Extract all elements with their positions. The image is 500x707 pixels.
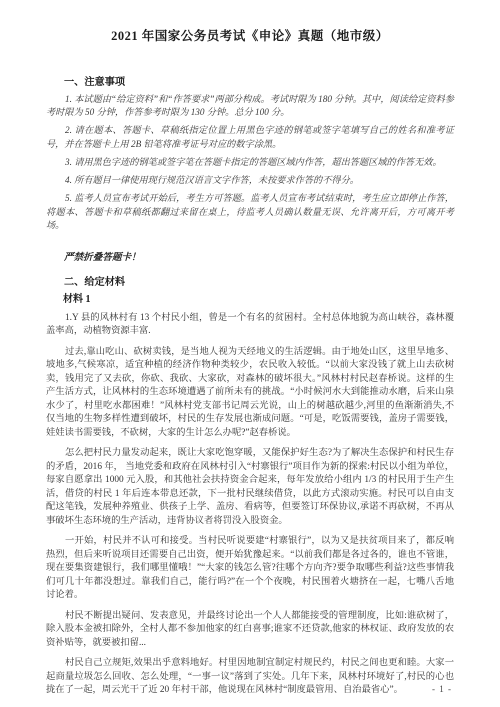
- material-paragraph-1: 1.Y 县的风林村有 13 个村民小组，曾是一个有名的贫困村。全村总体地貌为高山…: [46, 312, 454, 339]
- materials-section: 二、给定材料 材料 1 1.Y 县的风林村有 13 个村民小组，曾是一个有名的贫…: [46, 273, 454, 698]
- warning-text: 严禁折叠答题卡！: [46, 249, 454, 263]
- page-number: - 1 -: [432, 684, 452, 694]
- notice-item-3: 3. 请用黑色字迹的钢笔或签字笔在答题卡指定的答题区域内作答，超出答题区域的作答…: [46, 156, 454, 170]
- document-page: 2021 年国家公务员考试《申论》真题（地市级） 一、注意事项 1. 本试题由“…: [0, 0, 500, 707]
- material-paragraph-4: 一开始，村民并不认可和接受。当村民听说要建“村寨银行”，以为又是扶贫项目来了，都…: [46, 535, 454, 603]
- material-paragraph-6: 村民自己立规矩,效果出乎意料地好。村里因地制宜制定村规民约，村民之间也更和睦。大…: [46, 657, 454, 698]
- notice-item-2: 2. 请在题本、答题卡、草稿纸指定位置上用黑色字迹的钢笔或签字笔填写自己的姓名和…: [46, 124, 454, 151]
- notice-section: 一、注意事项 1. 本试题由“给定资料”和“作答要求”两部分构成。考试时限为 1…: [46, 73, 454, 263]
- material-paragraph-3: 怎么把村民力量发动起来，既让大家吃饱穿暖，又能保护好生态?为了解决生态保护和村民…: [46, 447, 454, 528]
- notice-item-5: 5. 监考人员宣布考试开始后，考生方可答题。监考人员宣布考试结束时，考生应立即停…: [46, 192, 454, 233]
- material-paragraph-5: 村民不断提出疑问、发表意见，并最终讨论出一个人人都能接受的管理制度，比如:谁砍树…: [46, 610, 454, 651]
- notice-item-4: 4. 所有题目一律使用现行规范汉语言文字作答，未按要求作答的不得分。: [46, 174, 454, 188]
- notice-heading: 一、注意事项: [46, 73, 454, 88]
- notice-item-1: 1. 本试题由“给定资料”和“作答要求”两部分构成。考试时限为 180 分钟。其…: [46, 93, 454, 120]
- material-paragraph-2: 过去,靠山吃山、砍树卖钱，是当地人视为天经地义的生活逻辑。由于地处山区，这里旱地…: [46, 346, 454, 441]
- material-label: 材料 1: [46, 290, 454, 305]
- materials-heading: 二、给定材料: [46, 273, 454, 288]
- page-title: 2021 年国家公务员考试《申论》真题（地市级）: [46, 26, 454, 44]
